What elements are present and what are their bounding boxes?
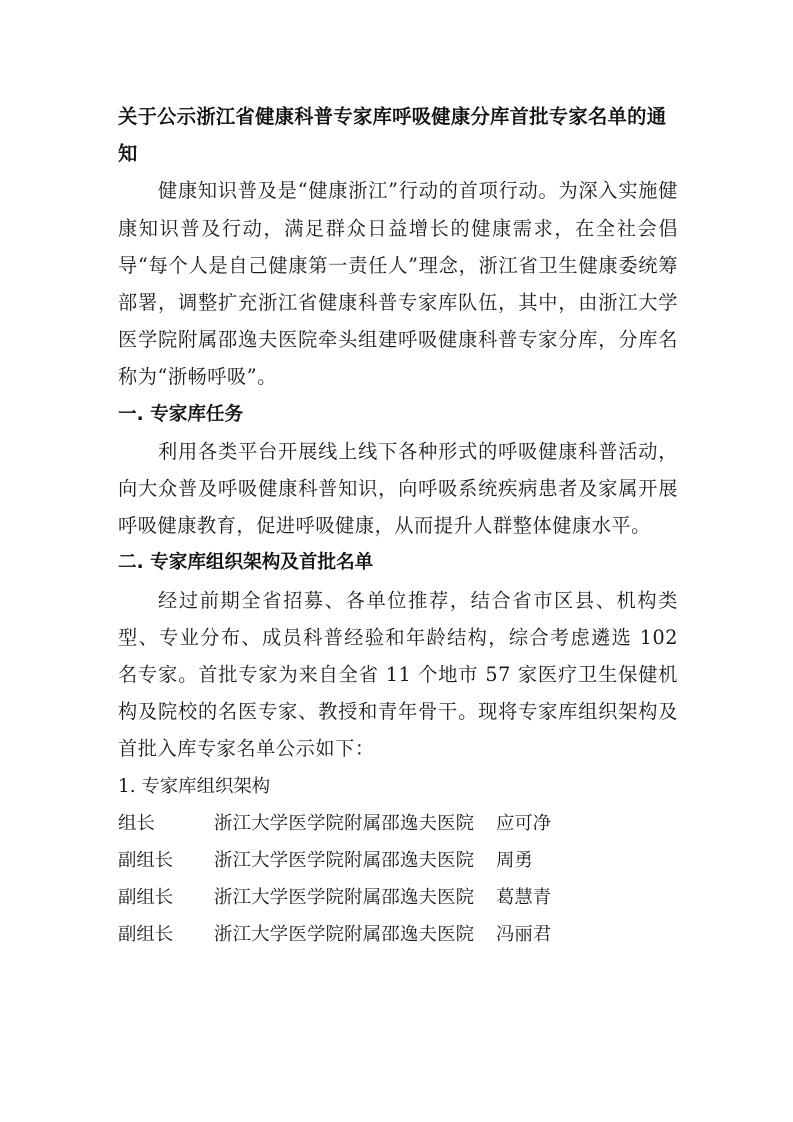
org-row: 副组长 浙江大学医学院附属邵逸夫医院 冯丽君 [118,916,678,953]
org-unit: 浙江大学医学院附属邵逸夫医院 [214,916,496,953]
org-row: 组长 浙江大学医学院附属邵逸夫医院 应可净 [118,805,678,842]
org-structure-list: 组长 浙江大学医学院附属邵逸夫医院 应可净 副组长 浙江大学医学院附属邵逸夫医院… [118,805,678,954]
org-member-name: 冯丽君 [496,916,551,953]
org-member-name: 应可净 [496,805,551,842]
org-role: 副组长 [118,916,214,953]
document-title: 关于公示浙江省健康科普专家库呼吸健康分库首批专家名单的通知 [118,98,678,172]
org-structure-heading: 1. 专家库组织架构 [118,768,678,805]
intro-paragraph: 健康知识普及是“健康浙江”行动的首项行动。为深入实施健康知识普及行动，满足群众日… [118,172,678,395]
section-heading-tasks: 一. 专家库任务 [118,396,678,433]
org-member-name: 周勇 [496,842,533,879]
org-row: 副组长 浙江大学医学院附属邵逸夫医院 葛慧青 [118,879,678,916]
org-unit: 浙江大学医学院附属邵逸夫医院 [214,842,496,879]
org-role: 副组长 [118,842,214,879]
org-unit: 浙江大学医学院附属邵逸夫医院 [214,879,496,916]
org-role: 组长 [118,805,214,842]
section-paragraph-structure: 经过前期全省招募、各单位推荐，结合省市区县、机构类型、专业分布、成员科普经验和年… [118,582,678,768]
org-row: 副组长 浙江大学医学院附属邵逸夫医院 周勇 [118,842,678,879]
section-paragraph-tasks: 利用各类平台开展线上线下各种形式的呼吸健康科普活动，向大众普及呼吸健康科普知识，… [118,433,678,545]
document-page: 关于公示浙江省健康科普专家库呼吸健康分库首批专家名单的通知 健康知识普及是“健康… [118,98,678,954]
section-heading-structure: 二. 专家库组织架构及首批名单 [118,544,678,581]
org-unit: 浙江大学医学院附属邵逸夫医院 [214,805,496,842]
org-role: 副组长 [118,879,214,916]
org-member-name: 葛慧青 [496,879,551,916]
